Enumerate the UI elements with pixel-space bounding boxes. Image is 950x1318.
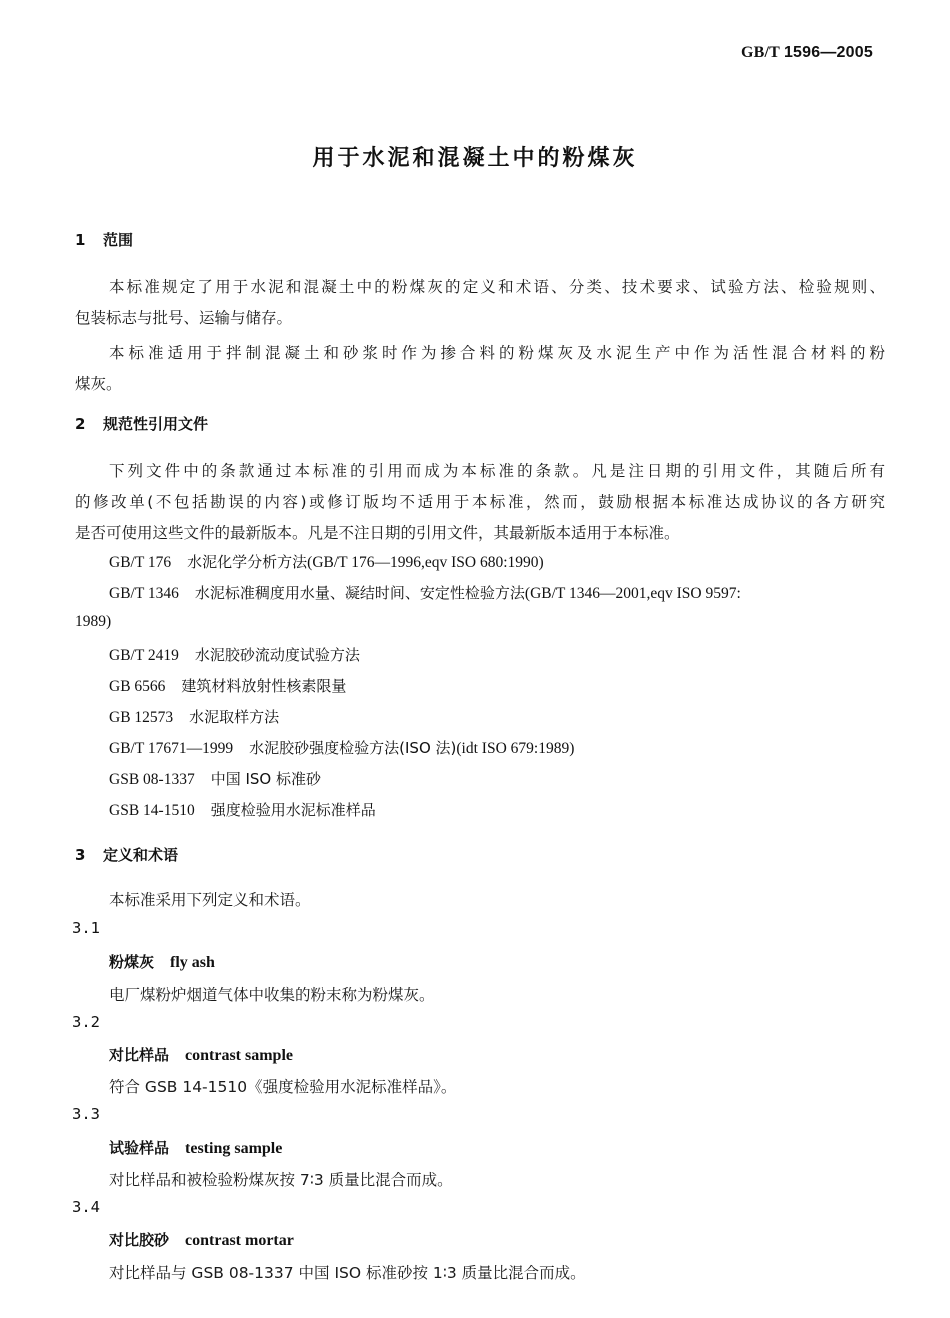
reference-title: 强度检验用水泥标准样品 (211, 801, 376, 819)
clause-number: 3.1 (72, 919, 100, 937)
reference-title: 水泥取样方法 (189, 708, 279, 726)
section-title: 定义和术语 (103, 846, 178, 864)
term-en: fly ash (170, 954, 215, 971)
term-cn: 粉煤灰 (109, 953, 154, 971)
term-definition: 对比样品和被检验粉煤灰按 7∶3 质量比混合而成。 (109, 1168, 453, 1190)
reference-code: GB 6566 (109, 678, 165, 696)
reference-title: 中国 ISO 标准砂 (211, 770, 321, 788)
term-entry: 对比胶砂contrast mortar (109, 1229, 294, 1250)
reference-note: (GB/T 176—1996,eqv ISO 680:1990) (307, 554, 544, 571)
reference-item: GB/T 17671—1999水泥胶砂强度检验方法(ISO 法)(idt ISO… (109, 737, 574, 758)
term-entry: 粉煤灰fly ash (109, 951, 215, 972)
term-en: contrast mortar (185, 1232, 294, 1249)
term-cn: 试验样品 (109, 1139, 169, 1157)
reference-note: (idt ISO 679:1989) (456, 740, 574, 757)
reference-code: GB/T 2419 (109, 647, 179, 665)
term-definition: 对比样品与 GSB 08-1337 中国 ISO 标准砂按 1∶3 质量比混合而… (109, 1261, 586, 1283)
paragraph-line: 是否可使用这些文件的最新版本。凡是不注日期的引用文件，其最新版本适用于本标准。 (75, 521, 680, 543)
paragraph-line: 本标准规定了用于水泥和混凝土中的粉煤灰的定义和术语、分类、技术要求、试验方法、检… (109, 275, 885, 297)
section-heading-1: 1范围 (75, 229, 133, 250)
document-title: 用于水泥和混凝土中的粉煤灰 (0, 141, 950, 172)
reference-item: GSB 14-1510强度检验用水泥标准样品 (109, 799, 376, 820)
reference-code: GSB 08-1337 (109, 771, 195, 789)
section-heading-2: 2规范性引用文件 (75, 413, 208, 434)
paragraph-line: 下列文件中的条款通过本标准的引用而成为本标准的条款。凡是注日期的引用文件，其随后… (109, 459, 885, 481)
paragraph-line: 的修改单(不包括勘误的内容)或修订版均不适用于本标准，然而，鼓励根据本标准达成协… (75, 490, 885, 512)
section-number: 3 (75, 846, 103, 864)
section-intro: 本标准采用下列定义和术语。 (109, 888, 311, 910)
reference-code: GB 12573 (109, 709, 173, 727)
section-heading-3: 3定义和术语 (75, 844, 178, 865)
reference-title: 水泥化学分析方法 (187, 553, 307, 571)
reference-title: 水泥胶砂强度检验方法(ISO 法) (249, 739, 456, 757)
reference-title: 水泥胶砂流动度试验方法 (195, 646, 360, 664)
reference-note-continuation: 1989) (75, 613, 111, 631)
section-number: 1 (75, 231, 103, 249)
term-definition: 符合 GSB 14-1510《强度检验用水泥标准样品》。 (109, 1075, 456, 1097)
reference-item: GB 6566建筑材料放射性核素限量 (109, 675, 346, 696)
reference-note: (GB/T 1346—2001,eqv ISO 9597: (525, 585, 741, 602)
reference-title: 水泥标准稠度用水量、凝结时间、安定性检验方法 (195, 584, 525, 602)
term-cn: 对比样品 (109, 1046, 169, 1064)
term-en: contrast sample (185, 1047, 293, 1064)
reference-item: GB 12573水泥取样方法 (109, 706, 279, 727)
paragraph-line: 煤灰。 (75, 372, 122, 394)
term-definition: 电厂煤粉炉烟道气体中收集的粉末称为粉煤灰。 (109, 983, 435, 1005)
reference-title: 建筑材料放射性核素限量 (181, 677, 346, 695)
term-en: testing sample (185, 1140, 282, 1157)
paragraph-line: 包装标志与批号、运输与储存。 (75, 306, 292, 328)
reference-code: GSB 14-1510 (109, 802, 195, 820)
clause-number: 3.4 (72, 1198, 100, 1216)
term-entry: 试验样品testing sample (109, 1137, 282, 1158)
paragraph-line: 本标准适用于拌制混凝土和砂浆时作为掺合料的粉煤灰及水泥生产中作为活性混合材料的粉 (109, 341, 885, 363)
standard-number: 1596—2005 (784, 44, 873, 61)
section-title: 范围 (103, 231, 133, 249)
reference-item: GB/T 176水泥化学分析方法(GB/T 176—1996,eqv ISO 6… (109, 551, 544, 572)
standard-code: GB/T 1596—2005 (741, 44, 873, 62)
clause-number: 3.3 (72, 1105, 100, 1123)
reference-code: GB/T 17671—1999 (109, 740, 233, 758)
reference-code: GB/T 176 (109, 554, 171, 572)
section-number: 2 (75, 415, 103, 433)
standard-prefix: GB/T (741, 44, 780, 61)
reference-code: GB/T 1346 (109, 585, 179, 603)
term-entry: 对比样品contrast sample (109, 1044, 293, 1065)
reference-item: GSB 08-1337中国 ISO 标准砂 (109, 768, 321, 789)
clause-number: 3.2 (72, 1013, 100, 1031)
reference-item: GB/T 2419水泥胶砂流动度试验方法 (109, 644, 360, 665)
section-title: 规范性引用文件 (103, 415, 208, 433)
reference-item: GB/T 1346水泥标准稠度用水量、凝结时间、安定性检验方法(GB/T 134… (109, 582, 741, 603)
term-cn: 对比胶砂 (109, 1231, 169, 1249)
